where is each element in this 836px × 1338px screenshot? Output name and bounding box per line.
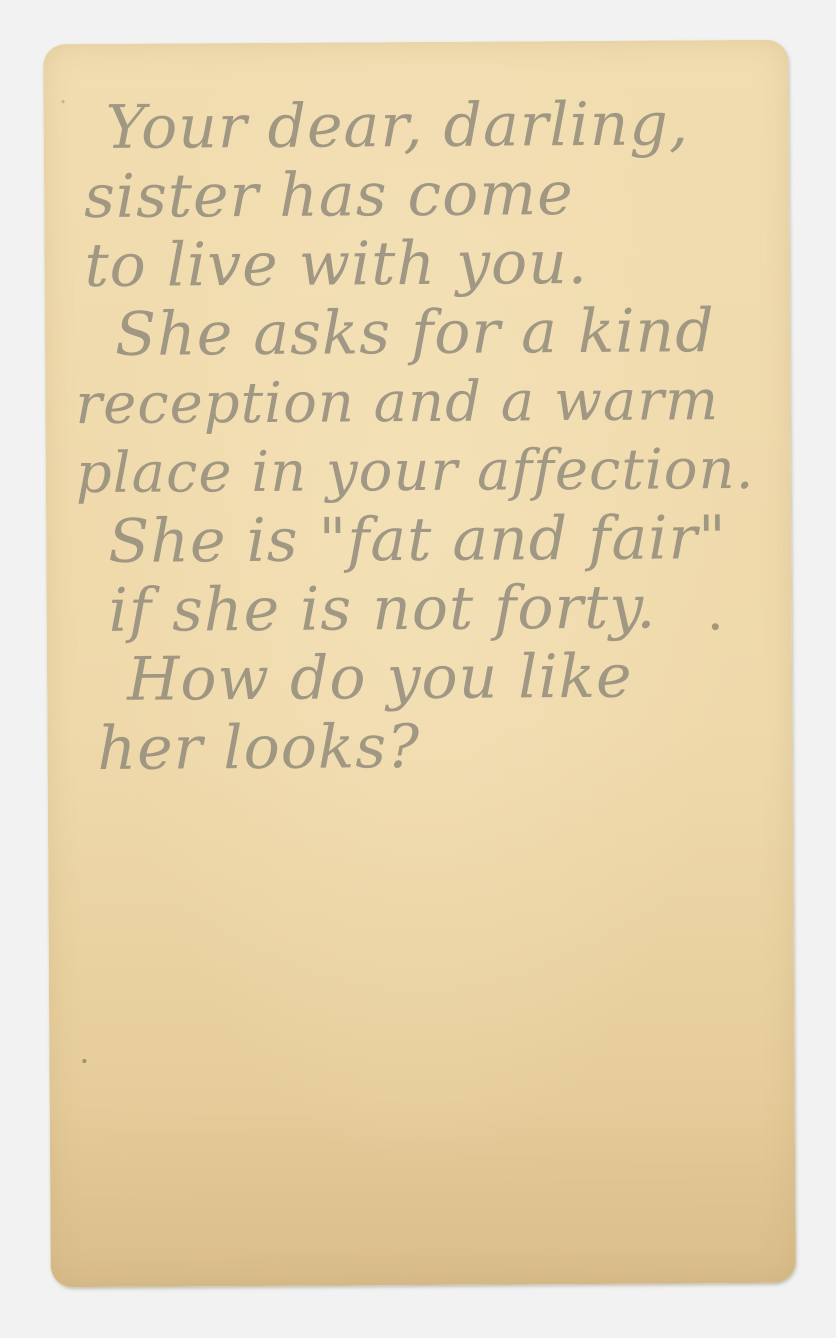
note-line-4: She asks for a kind: [115, 297, 785, 370]
handwritten-note: Your dear, darling, sister has come to l…: [84, 90, 788, 784]
note-line-8: if she is not forty.: [108, 573, 786, 646]
note-line-5: reception and a warm: [75, 366, 785, 439]
note-line-3: to live with you.: [84, 228, 784, 301]
note-line-6: place in your affection.: [76, 435, 786, 508]
ink-spot: [62, 100, 65, 103]
note-line-2: sister has come: [84, 159, 784, 232]
photo-card-back: Your dear, darling, sister has come to l…: [43, 40, 796, 1288]
note-line-9: How do you like: [127, 642, 787, 715]
note-line-10: her looks?: [97, 711, 787, 784]
note-line-1: Your dear, darling,: [106, 90, 784, 163]
ink-spot: [82, 1059, 86, 1063]
note-line-7: She is "fat and fair": [108, 504, 786, 577]
